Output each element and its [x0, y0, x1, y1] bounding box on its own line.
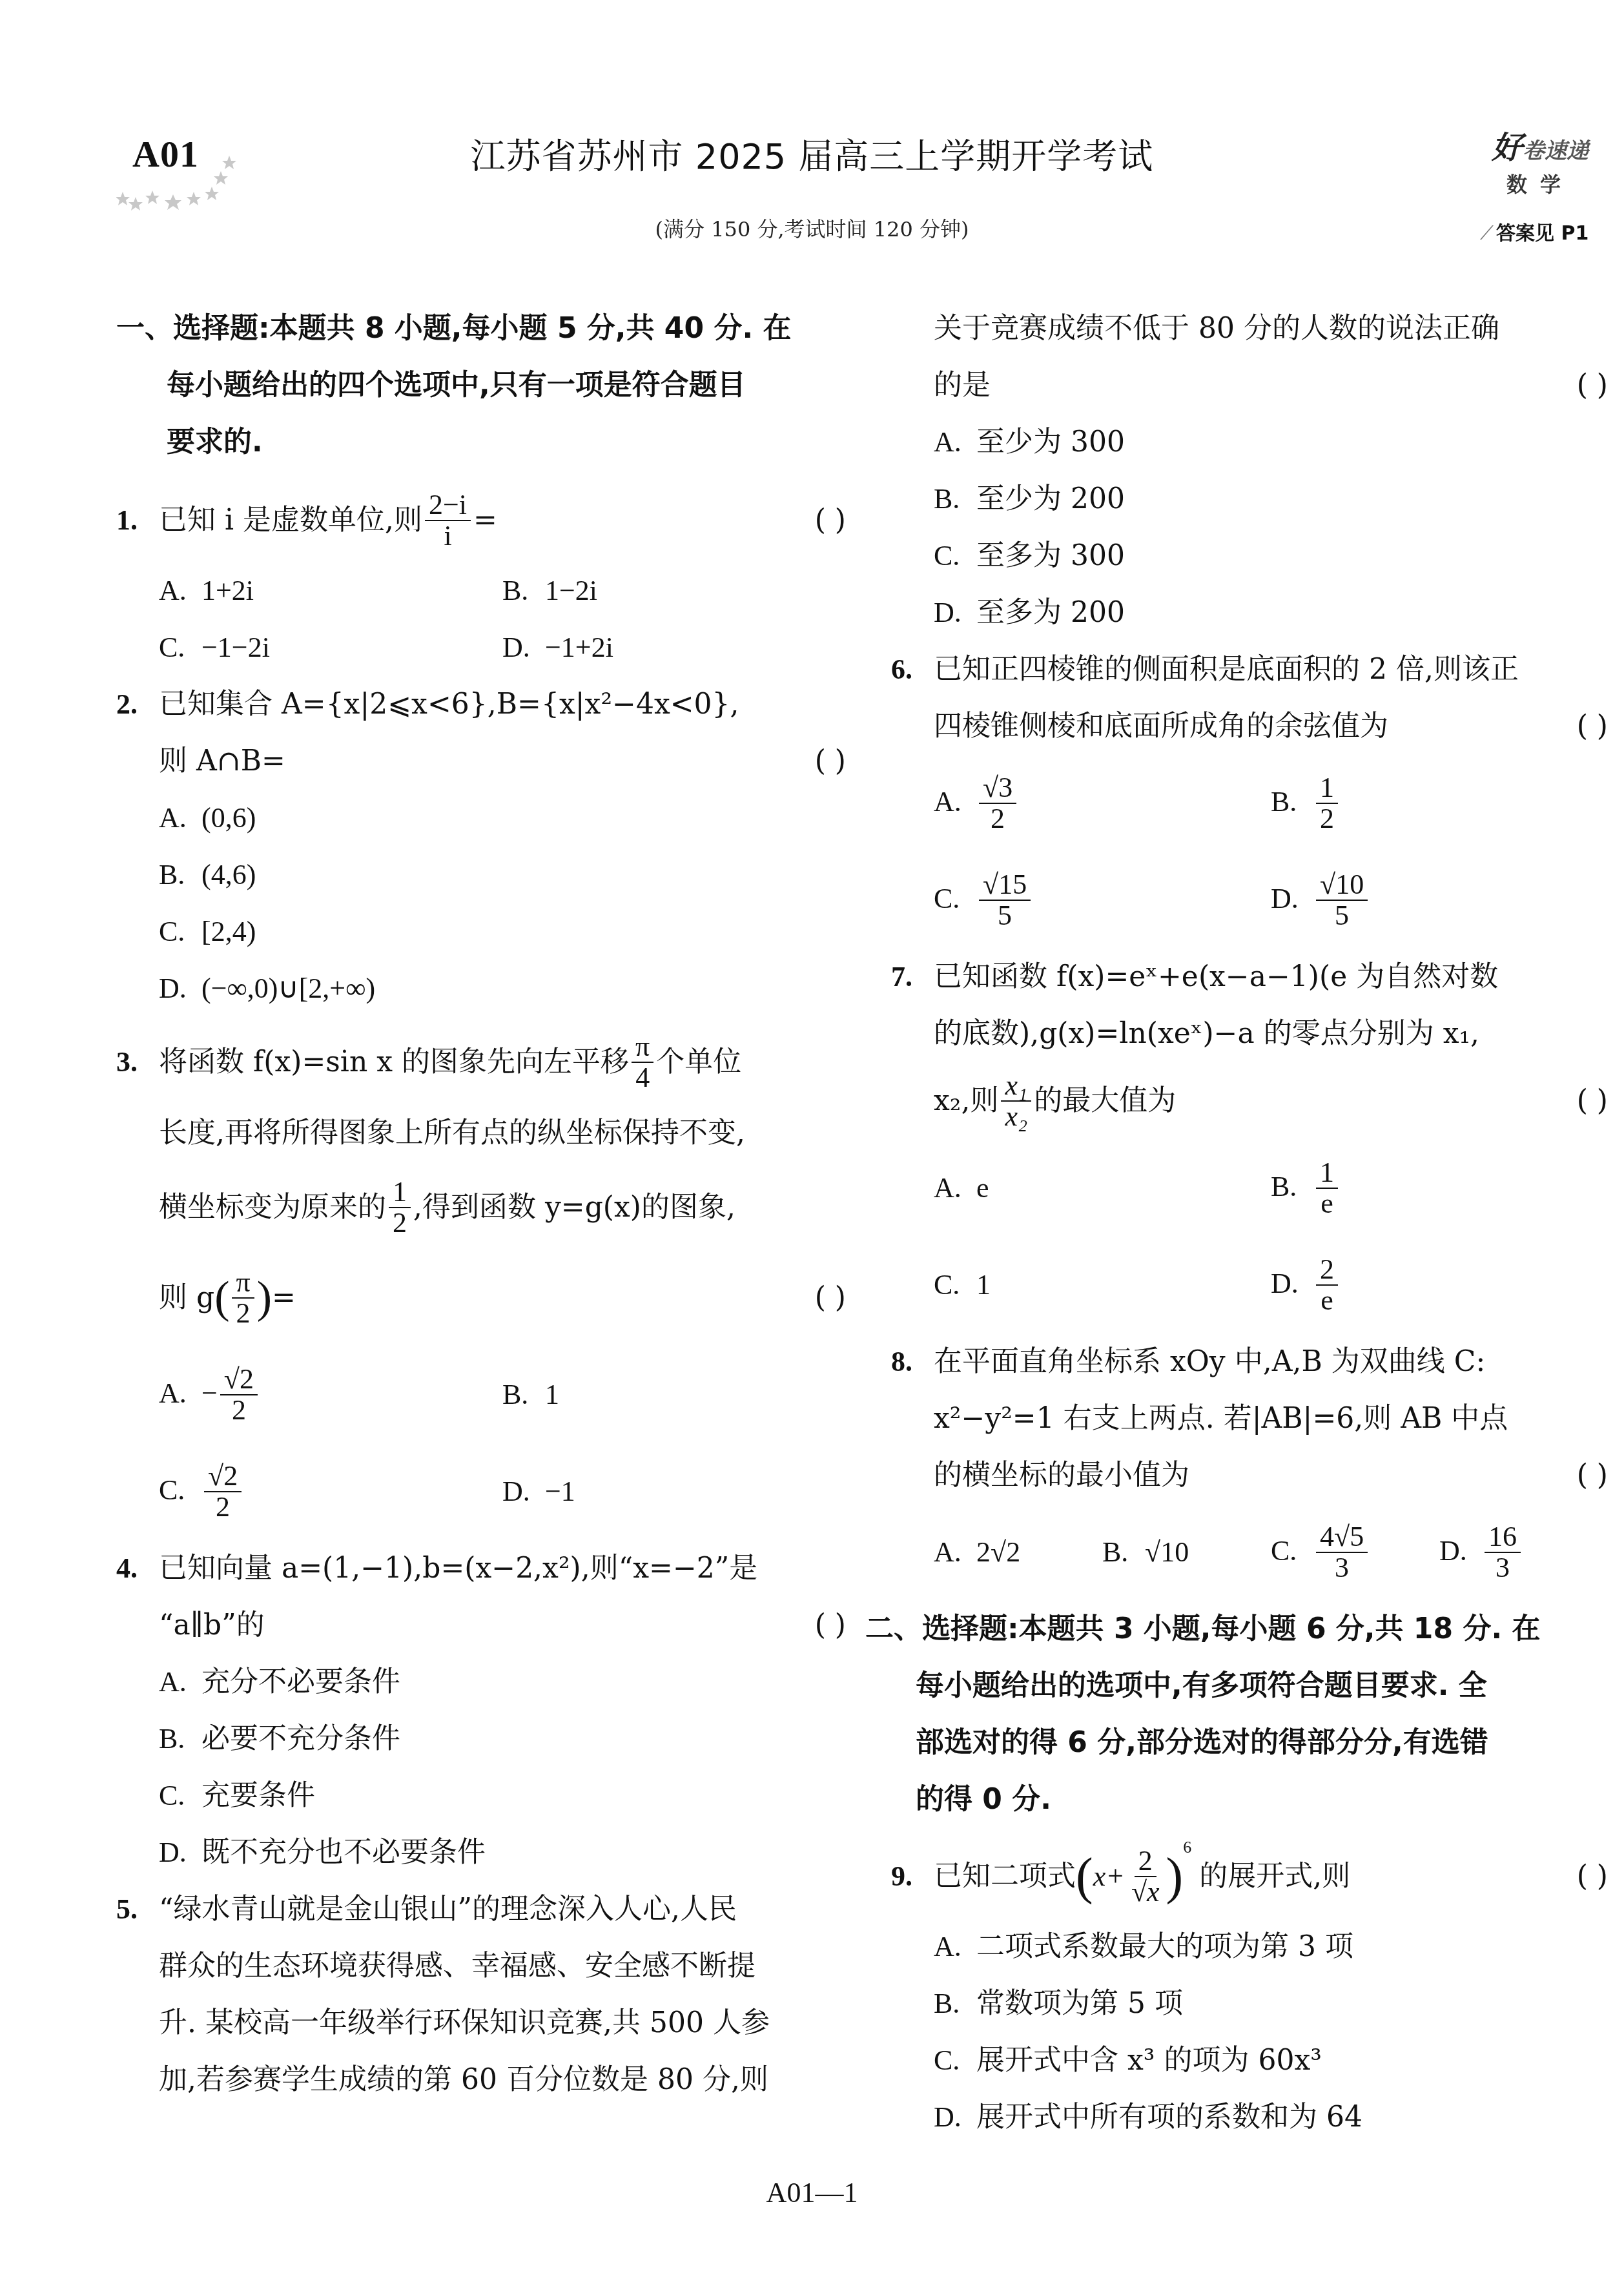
- option-c[interactable]: C.[2,4): [159, 903, 846, 960]
- question-6: 6.已知正四棱锥的侧面积是底面积的 2 倍,则该正 四棱锥侧棱和底面所成角的余弦…: [891, 641, 1608, 949]
- option-b[interactable]: B.至少为 200: [934, 471, 1608, 528]
- question-5-continued: 关于竞赛成绩不低于 80 分的人数的说法正确 的是( ) A.至少为 300 B…: [891, 300, 1608, 641]
- question-7: 7.已知函数 f(x)=eˣ+e(x−a−1)(e 为自然对数 的底数),g(x…: [891, 949, 1608, 1333]
- question-stem: 在平面直角坐标系 xOy 中,A,B 为双曲线 C:: [934, 1345, 1485, 1378]
- section-1-line: 每小题给出的四个选项中,只有一项是符合题目: [116, 357, 846, 414]
- option-letter: A.: [934, 1524, 976, 1581]
- option-a[interactable]: A.(0,6): [159, 790, 846, 847]
- fraction: 2−ii: [425, 490, 471, 551]
- answer-blank[interactable]: ( ): [1577, 698, 1608, 755]
- question-5: 5.“绿水青山就是金山银山”的理念深入人心,人民 群众的生态环境获得感、幸福感、…: [116, 1881, 846, 2108]
- option-letter: B.: [159, 847, 201, 903]
- option-letter: B.: [1102, 1524, 1145, 1581]
- section-2-heading: 二、选择题:本题共 3 小题,每小题 6 分,共 18 分. 在 每小题给出的选…: [865, 1601, 1608, 1828]
- option-c[interactable]: C.展开式中含 x³ 的项为 60x³: [934, 2032, 1608, 2089]
- fraction: x₁x₂: [1001, 1071, 1031, 1131]
- question-stem: x²−y²=1 右支上两点. 若|AB|=6,则 AB 中点: [891, 1390, 1608, 1447]
- option-text: √10: [1145, 1536, 1189, 1568]
- option-letter: A.: [934, 1160, 976, 1217]
- fraction-numerator: π: [232, 1268, 254, 1299]
- option-text: −1: [545, 1476, 575, 1507]
- option-text: (4,6): [201, 859, 256, 890]
- question-9: 9. 已知二项式 ( x+ 2√x ) 6 的展开式,则 ( ) A.二项式系数…: [891, 1835, 1608, 2146]
- left-column: 一、选择题:本题共 8 小题,每小题 5 分,共 40 分. 在 每小题给出的四…: [116, 300, 846, 2108]
- option-text: e: [976, 1172, 989, 1204]
- fraction-denominator: e: [1317, 1189, 1337, 1219]
- option-b[interactable]: B.必要不充分条件: [159, 1711, 846, 1767]
- question-stem: ,得到函数 y=g(x)的图象,: [413, 1179, 735, 1236]
- answer-blank[interactable]: ( ): [1577, 1447, 1608, 1504]
- paren-left: (: [214, 1270, 229, 1326]
- right-column: 关于竞赛成绩不低于 80 分的人数的说法正确 的是( ) A.至少为 300 B…: [891, 300, 1608, 2146]
- option-letter: B.: [1271, 774, 1313, 830]
- question-stem: 升. 某校高一年级举行环保知识竞赛,共 500 人参: [116, 1995, 846, 2052]
- answer-blank[interactable]: ( ): [815, 492, 846, 549]
- option-text: 至少为 200: [976, 482, 1125, 515]
- option-d[interactable]: D.展开式中所有项的系数和为 64: [934, 2089, 1608, 2146]
- section-2-line: 的得 0 分.: [865, 1771, 1608, 1828]
- paren-right: ): [1166, 1848, 1184, 1905]
- question-stem: 已知函数 f(x)=eˣ+e(x−a−1)(e 为自然对数: [934, 960, 1498, 993]
- option-text: (−∞,0)∪[2,+∞): [201, 973, 375, 1004]
- option-a[interactable]: A.至少为 300: [934, 414, 1608, 471]
- section-1-heading: 一、选择题:本题共 8 小题,每小题 5 分,共 40 分. 在 每小题给出的四…: [116, 300, 846, 471]
- option-c[interactable]: C.√155: [934, 870, 1271, 931]
- fraction-numerator: 1: [1316, 1158, 1338, 1189]
- question-number: 4.: [116, 1540, 159, 1597]
- question-1: 1. 已知 i 是虚数单位,则 2−ii = ( ) A.1+2i B.1−2i…: [116, 485, 846, 676]
- question-stem: 已知 i 是虚数单位,则: [159, 492, 422, 549]
- option-text: 1+2i: [201, 575, 254, 606]
- fraction-numerator: 1: [1316, 773, 1338, 804]
- option-text: 必要不充分条件: [201, 1722, 400, 1755]
- option-letter: B.: [502, 1366, 545, 1423]
- fraction: π4: [632, 1032, 653, 1093]
- option-letter: A.: [159, 562, 201, 619]
- option-letter: B.: [934, 471, 976, 528]
- option-letter: D.: [502, 619, 545, 676]
- section-1-number: 一、: [116, 312, 173, 345]
- logo-brand-rest: 卷速递: [1523, 138, 1588, 164]
- fraction-denominator: 3: [1331, 1553, 1353, 1583]
- option-a[interactable]: A.−√22: [159, 1364, 502, 1425]
- paren-right: ): [257, 1270, 272, 1326]
- fraction: 2√x: [1127, 1846, 1164, 1907]
- option-b[interactable]: B.√10: [1102, 1524, 1271, 1581]
- fraction: 1e: [1316, 1158, 1338, 1219]
- fraction-denominator: 3: [1492, 1553, 1514, 1583]
- fraction-numerator: x₁: [1001, 1071, 1031, 1102]
- fraction-numerator: √2: [204, 1461, 242, 1492]
- section-2-line: 每小题给出的选项中,有多项符合题目要求. 全: [865, 1658, 1608, 1714]
- fraction-numerator: 16: [1485, 1522, 1521, 1553]
- question-4: 4.已知向量 a=(1,−1),b=(x−2,x²),则“x=−2”是 “a∥b…: [116, 1540, 846, 1881]
- fraction: √155: [979, 870, 1031, 931]
- option-letter: A.: [159, 1365, 201, 1422]
- section-1-line: 选择题:本题共 8 小题,每小题 5 分,共 40 分. 在: [173, 312, 791, 345]
- question-number: 1.: [116, 492, 159, 549]
- option-letter: C.: [934, 528, 976, 584]
- option-b[interactable]: B.常数项为第 5 项: [934, 1975, 1608, 2032]
- option-b[interactable]: B.1e: [1271, 1158, 1608, 1219]
- option-letter: D.: [1271, 870, 1313, 927]
- question-stem: 长度,再将所得图象上所有点的纵坐标保持不变,: [116, 1101, 846, 1166]
- section-2-number: 二、: [865, 1612, 922, 1645]
- fraction-numerator: 1: [389, 1177, 411, 1208]
- fraction-denominator: 5: [994, 901, 1016, 931]
- option-letter: D.: [502, 1463, 545, 1520]
- option-text: 1−2i: [545, 575, 597, 606]
- question-3: 3. 将函数 f(x)=sin x 的图象先向左平移 π4 个单位 长度,再将所…: [116, 1024, 846, 1540]
- option-text: 充要条件: [201, 1779, 315, 1812]
- exam-subtitle: (满分 150 分,考试时间 120 分钟): [0, 213, 1624, 243]
- question-stem: 将函数 f(x)=sin x 的图象先向左平移: [159, 1034, 629, 1091]
- question-number: 8.: [891, 1333, 934, 1390]
- option-letter: C.: [1271, 1523, 1313, 1580]
- option-text: 2√2: [976, 1536, 1020, 1568]
- paren-left: (: [1076, 1848, 1093, 1905]
- question-stem: “绿水青山就是金山银山”的理念深入人心,人民: [159, 1893, 737, 1926]
- fraction: √22: [220, 1364, 258, 1425]
- page-number: A01—1: [0, 2176, 1624, 2209]
- question-2: 2.已知集合 A={x|2⩽x<6},B={x|x²−4x<0}, 则 A∩B=…: [116, 676, 846, 1017]
- option-a[interactable]: A.1+2i: [159, 562, 502, 619]
- fraction-numerator: π: [632, 1032, 653, 1063]
- question-stem: 的是: [934, 369, 991, 402]
- question-stem: 的最大值为: [1034, 1073, 1176, 1129]
- fraction-denominator: 2: [232, 1299, 254, 1328]
- logo-subject: 数学: [1475, 169, 1605, 198]
- fraction: 163: [1485, 1522, 1521, 1583]
- option-sign: −: [201, 1377, 218, 1409]
- option-letter: A.: [934, 774, 976, 830]
- question-stem: “a∥b”的: [159, 1609, 265, 1641]
- option-a[interactable]: A.√32: [934, 773, 1271, 834]
- question-stem: 的横坐标的最小值为: [934, 1459, 1189, 1492]
- option-a[interactable]: A.充分不必要条件: [159, 1654, 846, 1711]
- option-text: 展开式中所有项的系数和为 64: [976, 2101, 1362, 2134]
- option-text: 1: [545, 1379, 559, 1410]
- question-number: 3.: [116, 1034, 159, 1091]
- option-b[interactable]: B.(4,6): [159, 847, 846, 903]
- fraction: √105: [1316, 870, 1368, 931]
- fraction-denominator: 5: [1331, 901, 1353, 931]
- question-number: 6.: [891, 641, 934, 698]
- fraction: 12: [1316, 773, 1338, 834]
- option-d[interactable]: D.−1: [502, 1463, 846, 1520]
- question-number: 7.: [891, 949, 934, 1005]
- fraction-denominator: x₂: [1001, 1102, 1031, 1131]
- question-stem: 已知向量 a=(1,−1),b=(x−2,x²),则“x=−2”是: [159, 1552, 757, 1585]
- question-stem: 则 g: [159, 1270, 214, 1326]
- section-2-line: 选择题:本题共 3 小题,每小题 6 分,共 18 分. 在: [922, 1612, 1540, 1645]
- answer-reference: ⟋答案见 P1: [1480, 217, 1588, 245]
- option-letter: D.: [159, 1824, 201, 1881]
- option-text: 至多为 300: [976, 539, 1125, 572]
- fraction-denominator: √x: [1127, 1877, 1164, 1907]
- option-letter: D.: [1271, 1255, 1313, 1312]
- option-d[interactable]: D.163: [1439, 1522, 1608, 1583]
- question-stem: 则 A∩B=: [159, 745, 285, 777]
- fraction-numerator: √15: [979, 870, 1031, 901]
- option-c[interactable]: C.充要条件: [159, 1767, 846, 1824]
- expression-term: x+: [1093, 1848, 1125, 1905]
- option-d[interactable]: D.(−∞,0)∪[2,+∞): [159, 960, 846, 1017]
- option-text: 充分不必要条件: [201, 1665, 400, 1698]
- exam-title: 江苏省苏州市 2025 届高三上学期开学考试: [0, 129, 1624, 179]
- question-stem: 个单位: [656, 1034, 741, 1091]
- question-number: 5.: [116, 1881, 159, 1938]
- question-8: 8.在平面直角坐标系 xOy 中,A,B 为双曲线 C: x²−y²=1 右支上…: [891, 1333, 1608, 1601]
- question-stem: 已知集合 A={x|2⩽x<6},B={x|x²−4x<0},: [159, 688, 739, 721]
- option-c[interactable]: C.√22: [159, 1461, 502, 1522]
- fraction: √32: [979, 773, 1016, 834]
- section-2-line: 部选对的得 6 分,部分选对的得部分分,有选错: [865, 1714, 1608, 1771]
- option-letter: C.: [159, 1462, 201, 1519]
- option-letter: A.: [934, 1919, 976, 1975]
- option-letter: C.: [934, 870, 976, 927]
- option-c[interactable]: C.4√53: [1271, 1522, 1439, 1583]
- section-1-line: 要求的.: [116, 414, 846, 471]
- question-stem: 已知正四棱锥的侧面积是底面积的 2 倍,则该正: [934, 653, 1519, 686]
- option-b[interactable]: B.12: [1271, 773, 1608, 834]
- fraction-denominator: 2: [228, 1395, 250, 1425]
- option-text: 至少为 300: [976, 426, 1125, 458]
- logo-brand-hao: 好: [1492, 130, 1523, 166]
- fraction-denominator: 2: [212, 1492, 234, 1522]
- option-c[interactable]: C.−1−2i: [159, 619, 502, 676]
- option-d[interactable]: D.既不充分也不必要条件: [159, 1824, 846, 1881]
- option-d[interactable]: D.−1+2i: [502, 619, 846, 676]
- option-text: 1: [976, 1269, 991, 1301]
- question-stem: 群众的生态环境获得感、幸福感、安全感不断提: [116, 1938, 846, 1995]
- option-d[interactable]: D.2e: [1271, 1255, 1608, 1315]
- fraction: 2e: [1316, 1255, 1338, 1315]
- question-stem: 已知二项式: [934, 1848, 1076, 1905]
- fraction-denominator: e: [1317, 1286, 1337, 1315]
- question-stem: 的展开式,则: [1199, 1848, 1350, 1905]
- option-b[interactable]: B.1−2i: [502, 562, 846, 619]
- fraction-denominator: 4: [632, 1063, 653, 1093]
- option-c[interactable]: C.至多为 300: [934, 528, 1608, 584]
- option-letter: A.: [934, 414, 976, 471]
- option-a[interactable]: A.2√2: [934, 1524, 1102, 1581]
- option-a[interactable]: A.二项式系数最大的项为第 3 项: [934, 1919, 1608, 1975]
- option-text: [2,4): [201, 916, 256, 947]
- fraction-numerator: √2: [220, 1364, 258, 1395]
- answer-blank[interactable]: ( ): [815, 733, 846, 790]
- question-stem: =: [272, 1270, 296, 1326]
- question-stem: 横坐标变为原来的: [159, 1179, 386, 1236]
- answer-blank[interactable]: ( ): [1577, 1073, 1608, 1129]
- option-b[interactable]: B.1: [502, 1366, 846, 1423]
- option-letter: D.: [159, 960, 201, 1017]
- fraction-numerator: √3: [979, 773, 1016, 804]
- fraction-denominator: 2: [987, 804, 1009, 834]
- option-text: 二项式系数最大的项为第 3 项: [976, 1930, 1353, 1963]
- fraction-denominator: i: [440, 521, 455, 551]
- question-number: 9.: [891, 1848, 934, 1905]
- option-d[interactable]: D.至多为 200: [934, 584, 1608, 641]
- option-c[interactable]: C.1: [934, 1257, 1271, 1313]
- publisher-logo: 好卷速递 数学: [1475, 123, 1605, 198]
- answer-blank[interactable]: ( ): [815, 1597, 846, 1654]
- option-text: 既不充分也不必要条件: [201, 1836, 486, 1869]
- option-letter: B.: [159, 1711, 201, 1767]
- fraction: 4√53: [1316, 1522, 1368, 1583]
- option-letter: C.: [934, 2032, 976, 2089]
- arrow-icon: ⟋: [1480, 222, 1494, 245]
- question-stem: 四棱锥侧棱和底面所成角的余弦值为: [934, 710, 1388, 743]
- fraction-denominator: 2: [389, 1208, 411, 1238]
- answer-blank[interactable]: ( ): [1577, 357, 1608, 414]
- option-text: −1+2i: [545, 632, 613, 663]
- option-letter: D.: [934, 584, 976, 641]
- option-letter: B.: [934, 1975, 976, 2032]
- option-text: 展开式中含 x³ 的项为 60x³: [976, 2044, 1322, 2077]
- question-number: 2.: [116, 676, 159, 733]
- fraction: √22: [204, 1461, 242, 1522]
- option-letter: D.: [1439, 1523, 1482, 1580]
- option-letter: B.: [502, 562, 545, 619]
- option-text: 常数项为第 5 项: [976, 1987, 1183, 2020]
- question-stem: =: [473, 492, 497, 549]
- fraction-numerator: 4√5: [1316, 1522, 1368, 1553]
- option-letter: A.: [159, 790, 201, 847]
- fraction-numerator: 2: [1316, 1255, 1338, 1286]
- option-letter: C.: [159, 903, 201, 960]
- question-stem: 加,若参赛学生成绩的第 60 百分位数是 80 分,则: [116, 2052, 846, 2108]
- option-letter: B.: [1271, 1158, 1313, 1215]
- answer-blank[interactable]: ( ): [815, 1270, 846, 1326]
- fraction: π2: [232, 1268, 254, 1328]
- question-stem: 的底数),g(x)=ln(xeˣ)−a 的零点分别为 x₁,: [891, 1005, 1608, 1062]
- fraction-numerator: √10: [1316, 870, 1368, 901]
- answer-blank[interactable]: ( ): [1577, 1848, 1608, 1905]
- option-text: −1−2i: [201, 632, 270, 663]
- option-d[interactable]: D.√105: [1271, 870, 1608, 931]
- option-letter: D.: [934, 2089, 976, 2146]
- option-text: (0,6): [201, 802, 256, 834]
- fraction-numerator: 2−i: [425, 490, 471, 521]
- option-letter: A.: [159, 1654, 201, 1711]
- option-letter: C.: [159, 619, 201, 676]
- option-text: 至多为 200: [976, 596, 1125, 629]
- logo-brand: 好卷速递: [1475, 123, 1605, 167]
- answer-reference-text: 答案见 P1: [1496, 222, 1588, 245]
- option-a[interactable]: A.e: [934, 1160, 1271, 1217]
- fraction-denominator: 2: [1316, 804, 1338, 834]
- fraction-numerator: 2: [1135, 1846, 1156, 1877]
- fraction: 12: [389, 1177, 411, 1238]
- option-letter: C.: [934, 1257, 976, 1313]
- question-stem: x₂,则: [934, 1073, 998, 1129]
- question-stem: 关于竞赛成绩不低于 80 分的人数的说法正确: [891, 300, 1608, 357]
- option-letter: C.: [159, 1767, 201, 1824]
